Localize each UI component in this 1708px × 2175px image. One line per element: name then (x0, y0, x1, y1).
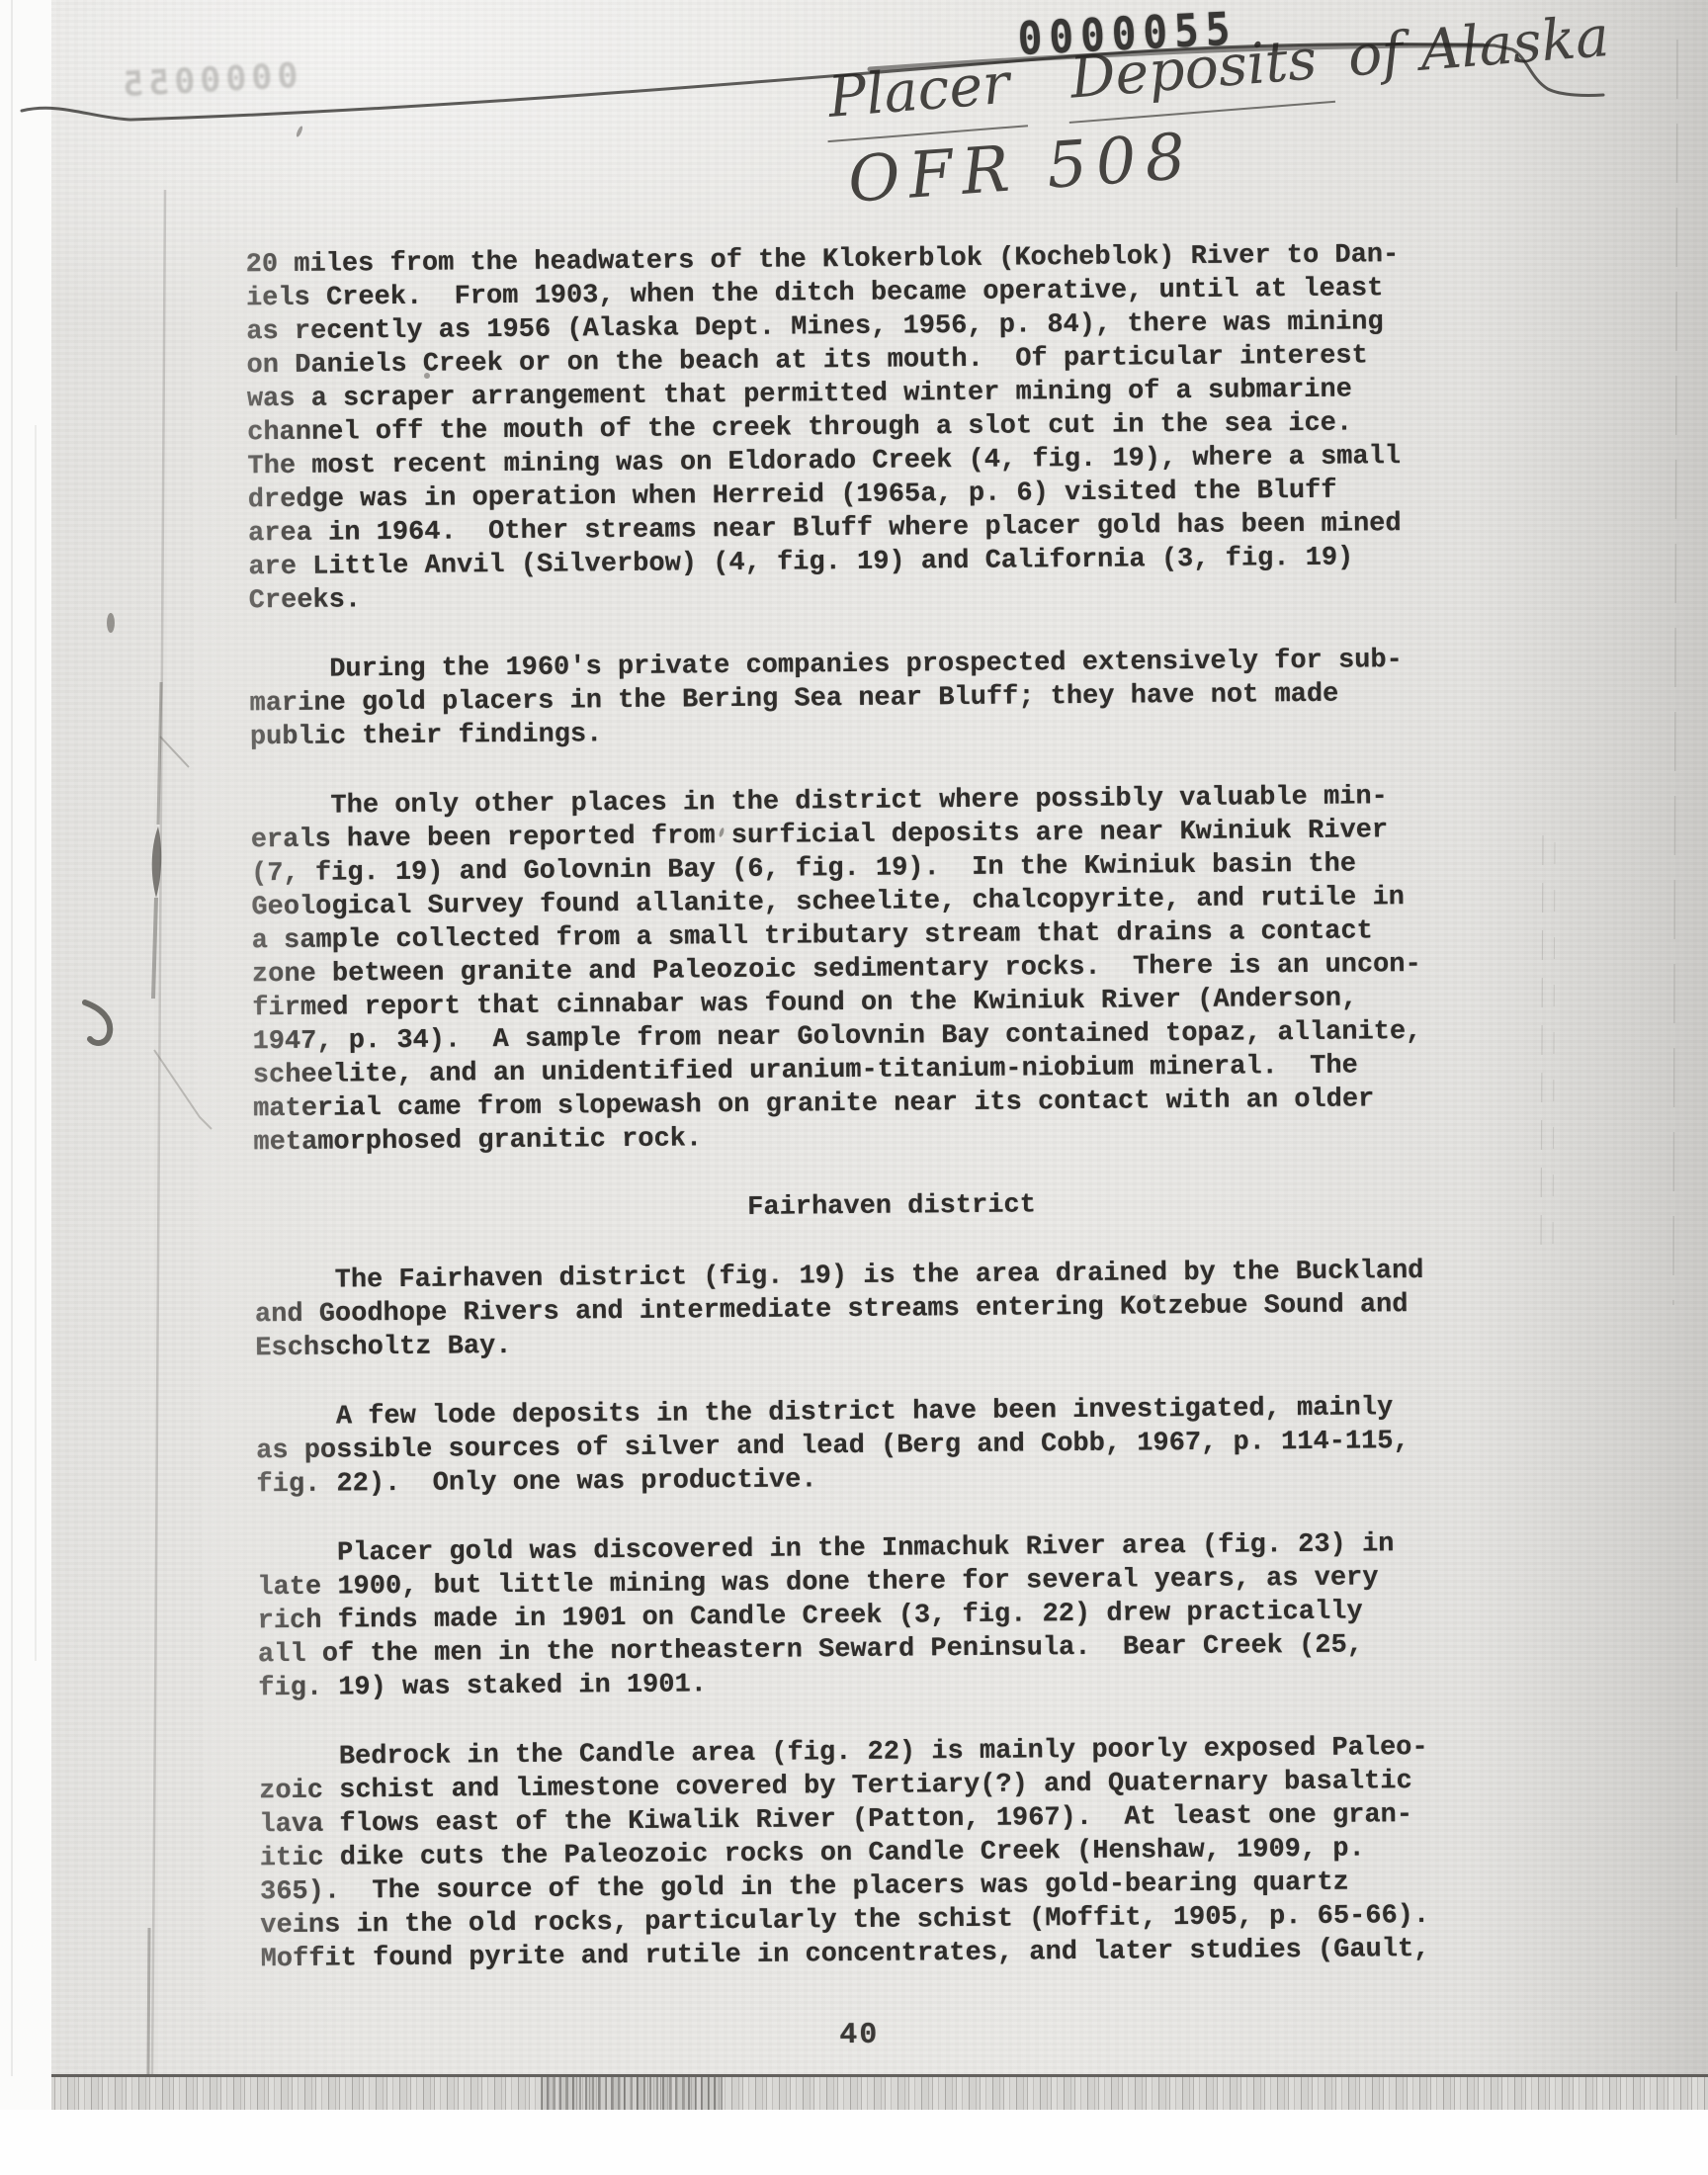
scanned-document-page: 0000055 0000055 PlacerDepositsof Alaska … (0, 0, 1708, 2175)
page-content: 0000055 0000055 PlacerDepositsof Alaska … (0, 0, 1708, 2175)
handwritten-word-placer: Placer (822, 49, 1029, 142)
paragraph: The Fairhaven district (fig. 19) is the … (255, 1254, 1482, 1365)
handwritten-word-of-alaska: of Alaska (1345, 4, 1611, 90)
paragraph: 20 miles from the headwaters of the Klok… (246, 237, 1475, 618)
paragraph: Placer gold was discovered in the Inmach… (257, 1526, 1484, 1705)
page-number: 40 (839, 2019, 879, 2052)
paragraph: During the 1960's private companies pros… (249, 643, 1476, 754)
paragraph: Bedrock in the Candle area (fig. 22) is … (259, 1730, 1487, 1976)
section-heading: Fairhaven district (279, 1184, 1504, 1229)
paragraph: The only other places in the district wh… (250, 779, 1479, 1160)
paragraph: A few lode deposits in the district have… (256, 1390, 1483, 1502)
mirrored-stamp-bleedthrough: 0000055 (117, 56, 299, 105)
document-body: 20 miles from the headwaters of the Klok… (246, 237, 1488, 2012)
